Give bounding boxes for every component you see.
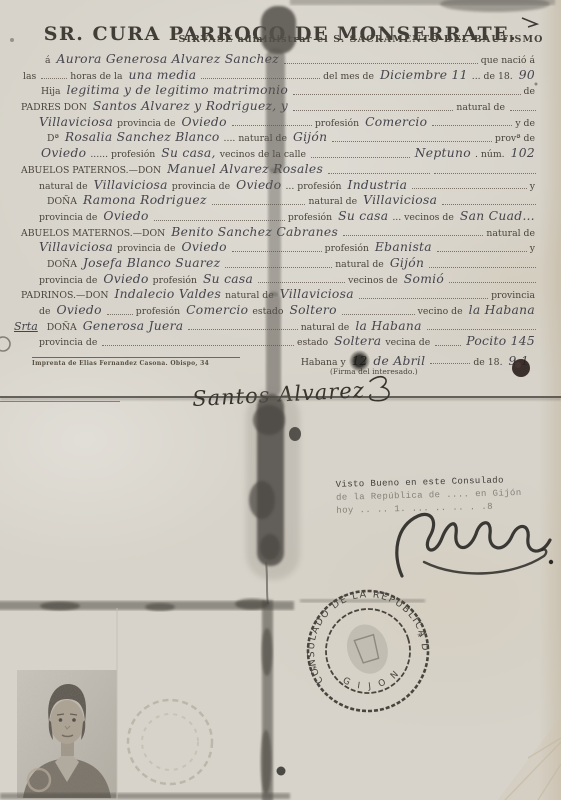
printed-text: y de — [515, 118, 535, 129]
ink-dot-bottom — [277, 767, 286, 776]
printed-text: natural de — [301, 322, 350, 333]
handwritten-text: Villaviciosa — [39, 115, 113, 129]
handwritten-text: Oviedo — [56, 303, 101, 317]
printed-text: á — [45, 55, 51, 66]
date-line: Habana y12de Abrilde 18.9 1 — [300, 354, 532, 368]
printed-text: vecina de — [385, 337, 430, 348]
handwritten-text: Josefa Blanco Suarez — [83, 256, 220, 270]
margin-note: Srta — [14, 320, 38, 333]
handwritten-text: Diciembre 11 — [380, 68, 468, 82]
printed-text: provincia — [491, 290, 535, 301]
printed-text: profesión — [288, 212, 332, 223]
handwritten-text: Ebanista — [375, 240, 432, 254]
handwritten-text: legitima y de legitimo matrimonio — [67, 83, 289, 97]
handwritten-text: una media — [129, 68, 197, 82]
printed-text: vecinos de la calle — [220, 149, 306, 160]
form-line: PADRES DONSantos Alvarez y Rodriguez, yn… — [20, 99, 538, 115]
printed-text: vecinos de — [348, 275, 398, 286]
handwritten-text: Villaviciosa — [39, 240, 113, 254]
handwritten-text: Neptuno — [415, 146, 471, 160]
dotted-leader — [332, 141, 492, 142]
hole-mark-left — [0, 337, 10, 351]
handwritten-text: la Habana — [355, 319, 421, 333]
handwritten-text: Villaviciosa — [363, 193, 437, 207]
dotted-leader — [432, 125, 512, 126]
handwritten-text: Benito Sanchez Cabranes — [171, 225, 338, 239]
dotted-leader — [429, 267, 536, 268]
form-lines: áAurora Generosa Alvarez Sanchezque naci… — [20, 52, 538, 350]
printed-text: profesión — [136, 306, 180, 317]
handwritten-text: Manuel Alvarez Rosales — [167, 162, 323, 176]
consulate-round-seal: CONSULADO DE LA REPUBLICA DE CUBA G I J … — [286, 569, 451, 734]
dotted-leader — [212, 204, 306, 205]
printed-text: ... profesión — [285, 181, 341, 192]
printed-text: natural de — [225, 290, 274, 301]
printed-text: profesión — [153, 275, 197, 286]
printed-text: DOÑA — [47, 196, 77, 207]
form-line: deOviedoprofesiónComercioestadoSolterove… — [20, 303, 538, 319]
printed-text: ABUELOS MATERNOS.—DON — [21, 228, 165, 239]
printed-text: horas de la — [70, 71, 122, 82]
form-line: Villaviciosaprovincia deOviedoprofesiónE… — [20, 240, 538, 256]
dotted-leader — [449, 282, 536, 283]
handwritten-text: Su casa — [338, 209, 388, 223]
handwritten-text: de Abril — [373, 354, 425, 368]
printed-text: natural de — [39, 181, 88, 192]
dotted-leader — [154, 220, 285, 221]
printer-imprint: Imprenta de Elias Fernandez Casona. Obis… — [32, 357, 240, 367]
form-line: áAurora Generosa Alvarez Sanchezque naci… — [20, 52, 538, 68]
form-line: Oviedo...... profesiónSu casa,vecinos de… — [20, 146, 538, 162]
printed-text: de — [39, 306, 50, 317]
document-subtitle: SIRVASE administrar el S. SACRAMENTO DEL… — [176, 34, 546, 45]
baptism-form: áAurora Generosa Alvarez Sanchezque naci… — [20, 52, 538, 406]
printed-text: DOÑA — [47, 322, 77, 333]
form-line: lashoras de launa mediadel mes deDiciemb… — [20, 68, 538, 84]
dotted-leader — [442, 204, 536, 205]
printed-text: del mes de — [323, 71, 374, 82]
signature-flourish — [364, 373, 396, 407]
printed-text: provincia de — [117, 243, 175, 254]
handwritten-text: Oviedo — [41, 146, 86, 160]
form-line: ABUELOS MATERNOS.—DONBenito Sanchez Cabr… — [20, 225, 538, 241]
printed-text: .... natural de — [224, 133, 287, 144]
printed-text: provincia de — [39, 212, 97, 223]
printed-text: Hija — [41, 86, 61, 97]
dotted-leader — [328, 173, 430, 174]
crease-bottom-right — [505, 738, 561, 800]
handwritten-text: Gijón — [293, 130, 327, 144]
printed-text: de — [524, 86, 535, 97]
scanned-document-page: { "colors": { "paper": "#d7d3ca", "print… — [0, 0, 561, 800]
form-line: DªRosalia Sanchez Blanco.... natural deG… — [20, 130, 538, 146]
dotted-leader — [107, 314, 133, 315]
printed-text: provincia de — [39, 275, 97, 286]
dotted-leader — [293, 110, 453, 111]
handwritten-text: la Habana — [469, 303, 535, 317]
handwritten-text: Villaviciosa — [280, 287, 354, 301]
handwritten-text: Su casa, — [161, 146, 215, 160]
handwritten-text: Pocito 145 — [466, 334, 535, 348]
form-line: DOÑARamona Rodrigueznatural deVillavicio… — [20, 193, 538, 209]
handwritten-text: Indalecio Valdes — [115, 287, 222, 301]
handwritten-text: Santos Alvarez y Rodriguez, y — [93, 99, 288, 113]
portrait-photo — [17, 670, 117, 798]
printed-text: las — [23, 71, 36, 82]
handwritten-text: 90 — [519, 68, 535, 82]
printed-text: Dª — [47, 133, 59, 144]
handwritten-text: Oviedo — [181, 115, 226, 129]
printed-text: DOÑA — [47, 259, 77, 270]
printed-text: . núm. — [475, 149, 505, 160]
dotted-leader — [225, 267, 332, 268]
handwritten-text: Su casa — [203, 272, 253, 286]
form-line: provincia deestadoSolteravecina dePocito… — [20, 334, 538, 350]
handwritten-text: Oviedo — [103, 272, 148, 286]
dotted-leader — [430, 363, 470, 364]
form-line: Hijalegitima y de legitimo matrimoniode — [20, 83, 538, 99]
printed-text: natural de — [335, 259, 384, 270]
dotted-leader — [284, 63, 478, 64]
handwritten-text: 102 — [511, 146, 535, 160]
handwritten-text: Comercio — [186, 303, 248, 317]
handwritten-text: Generosa Juera — [83, 319, 184, 333]
signature-text: Santos Alvarez — [192, 378, 366, 411]
printed-text: ...... profesión — [90, 149, 155, 160]
dotted-leader — [311, 157, 410, 158]
printed-text: provincia de — [172, 181, 230, 192]
printed-text: provª de — [495, 133, 535, 144]
handwritten-text: Gijón — [390, 256, 424, 270]
handwritten-text: San Cuad… — [460, 209, 535, 223]
printed-text: estado — [252, 306, 283, 317]
handwritten-text: Comercio — [365, 115, 427, 129]
form-line: SrtaDOÑAGenerosa Jueranatural dela Haban… — [20, 319, 538, 335]
signature-ink-dot — [549, 560, 553, 564]
printed-text: PADRES DON — [21, 102, 87, 113]
handwritten-text: Ramona Rodriguez — [83, 193, 207, 207]
dotted-leader — [343, 235, 483, 236]
dotted-leader — [412, 188, 527, 189]
dotted-leader — [232, 251, 322, 252]
page-edge-shading — [539, 0, 561, 800]
printed-text: estado — [297, 337, 328, 348]
dotted-leader — [188, 329, 297, 330]
printed-text: vecino de — [418, 306, 463, 317]
dotted-leader — [293, 94, 520, 95]
printed-text: provincia de — [117, 118, 175, 129]
form-line: PADRINOS.—DONIndalecio Valdesnatural deV… — [20, 287, 538, 303]
dotted-leader — [258, 282, 345, 283]
dotted-leader — [41, 78, 67, 79]
form-line: provincia deOviedoprofesiónSu casavecino… — [20, 272, 538, 288]
handwritten-text: Oviedo — [181, 240, 226, 254]
dotted-leader — [435, 345, 461, 346]
form-line: ABUELOS PATERNOS.—DONManuel Alvarez Rosa… — [20, 162, 538, 178]
faint-stamp-ghost — [120, 692, 220, 792]
handwritten-text: Rosalia Sanchez Blanco — [65, 130, 220, 144]
handwritten-text: Industria — [348, 178, 408, 192]
consul-signature — [388, 496, 558, 586]
printed-text: natural de — [456, 102, 505, 113]
printed-text: que nació á — [481, 55, 535, 66]
seal-coat-of-arms — [341, 619, 394, 679]
dotted-leader — [201, 78, 320, 79]
printed-text: profesión — [325, 243, 369, 254]
printed-text: ... vecinos de — [392, 212, 454, 223]
handwritten-text: Oviedo — [103, 209, 148, 223]
form-line: Villaviciosaprovincia deOviedoprofesiónC… — [20, 115, 538, 131]
handwritten-text: Oviedo — [236, 178, 281, 192]
dotted-leader — [102, 345, 294, 346]
form-bottom-rule-double — [0, 401, 120, 402]
printed-text: y — [530, 243, 535, 254]
dotted-leader — [434, 173, 536, 174]
handwritten-text: Somió — [404, 272, 444, 286]
printed-text: ABUELOS PATERNOS.—DON — [21, 165, 161, 176]
dotted-leader — [342, 314, 415, 315]
printed-text: provincia de — [39, 337, 97, 348]
dotted-leader — [437, 251, 527, 252]
dotted-leader — [510, 110, 536, 111]
printed-text: y — [530, 181, 535, 192]
form-line: natural deVillaviciosaprovincia deOviedo… — [20, 178, 538, 194]
dotted-leader — [359, 298, 488, 299]
printed-text: profesión — [315, 118, 359, 129]
handwritten-text: Soltero — [289, 303, 336, 317]
dotted-leader — [427, 329, 536, 330]
handwritten-text: Villaviciosa — [94, 178, 168, 192]
form-bottom-rule — [0, 396, 561, 398]
handwritten-text: Soltera — [334, 334, 381, 348]
form-line: provincia deOviedoprofesiónSu casa... ve… — [20, 209, 538, 225]
blotted-handwritten-text: 12 — [352, 354, 368, 368]
dotted-leader — [232, 125, 312, 126]
printed-text: ... de 18. — [472, 71, 513, 82]
photo-face — [50, 700, 84, 744]
form-line: DOÑAJosefa Blanco Suareznatural deGijón — [20, 256, 538, 272]
corner-fold-shading — [498, 716, 561, 800]
handwritten-text: Aurora Generosa Alvarez Sanchez — [57, 52, 280, 66]
printed-text: natural de — [486, 228, 535, 239]
printed-text: natural de — [308, 196, 357, 207]
form-bottom-row: Imprenta de Elias Fernandez Casona. Obis… — [20, 354, 538, 368]
printed-text: PADRINOS.—DON — [21, 290, 109, 301]
